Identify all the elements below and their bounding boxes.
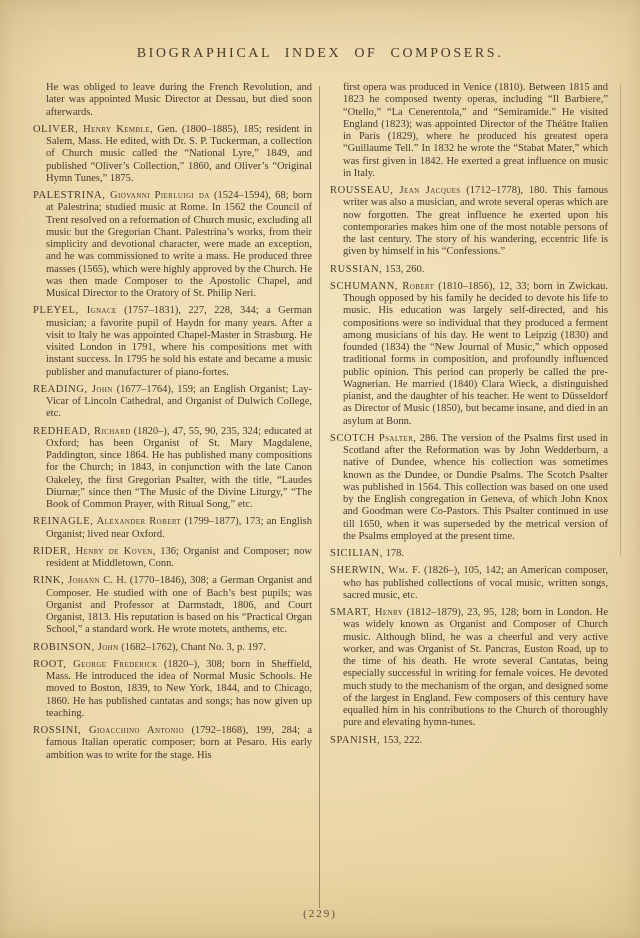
entry-surname: REINAGLE, bbox=[33, 516, 94, 527]
index-entry: SCHUMANN, Robert (1810–1856), 12, 33; bo… bbox=[330, 281, 608, 428]
entry-text: 153, 260. bbox=[382, 264, 424, 275]
entry-given-names: Wm. F. bbox=[385, 565, 421, 576]
scanned-book-page: { "page": { "header_title": "BIOGRAPHICA… bbox=[0, 0, 640, 938]
entry-given-names: Henry bbox=[371, 607, 403, 618]
entry-given-names: Gioacchino Antonio bbox=[81, 725, 184, 736]
index-entry: REINAGLE, Alexander Robert (1799–1877), … bbox=[33, 516, 312, 541]
entry-given-names: Richard bbox=[91, 426, 131, 437]
index-entry: ROOT, George Frederick (1820–), 308; bor… bbox=[33, 659, 312, 720]
text-columns: He was obliged to leave during the Frenc… bbox=[33, 82, 608, 910]
entry-surname: SHERWIN, bbox=[330, 565, 385, 576]
entry-text: (1810–1856), 12, 33; born in Zwickau. Th… bbox=[343, 281, 608, 427]
index-entry: READING, John (1677–1764), 159; an Engli… bbox=[33, 384, 312, 421]
left-column: He was obliged to leave during the Frenc… bbox=[33, 82, 312, 910]
entry-surname: ROSSINI, bbox=[33, 725, 81, 736]
entry-given-names: Henry de Koven, bbox=[71, 546, 156, 557]
entry-given-names: Johann bbox=[64, 575, 100, 586]
page-edge-crease bbox=[620, 84, 621, 556]
right-column: first opera was produced in Venice (1810… bbox=[330, 82, 608, 910]
column-divider-rule bbox=[319, 86, 320, 908]
entry-given-names: Psalter, bbox=[375, 433, 416, 444]
page-number: (229) bbox=[0, 908, 640, 920]
index-entry: SICILIAN, 178. bbox=[330, 548, 608, 560]
entry-surname: REDHEAD, bbox=[33, 426, 91, 437]
entry-surname: SCOTCH bbox=[330, 433, 375, 444]
index-entry: SPANISH, 153, 222. bbox=[330, 735, 608, 747]
entry-surname: RIDER, bbox=[33, 546, 71, 557]
entry-text: first opera was produced in Venice (1810… bbox=[343, 82, 608, 179]
index-entry: SCOTCH Psalter, 286. The version of the … bbox=[330, 433, 608, 543]
entry-text: (1812–1879), 23, 95, 128; born in London… bbox=[343, 607, 608, 728]
entry-given-names: John bbox=[88, 384, 113, 395]
entry-text: 153, 222. bbox=[380, 735, 422, 746]
index-entry: OLIVER, Henry Kemble, Gen. (1800–1885), … bbox=[33, 124, 312, 185]
entry-text: 286. The version of the Psalms first use… bbox=[343, 433, 608, 542]
entry-given-names: Giovanni Pierluigi da bbox=[105, 190, 209, 201]
entry-surname: SCHUMANN, bbox=[330, 281, 398, 292]
entry-text: (1820–), 47, 55, 90, 235, 324; educated … bbox=[46, 426, 312, 511]
entry-surname: RINK, bbox=[33, 575, 64, 586]
entry-surname: SICILIAN, bbox=[330, 548, 383, 559]
index-entry: PALESTRINA, Giovanni Pierluigi da (1524–… bbox=[33, 190, 312, 300]
index-entry: ROUSSEAU, Jean Jacques (1712–1778), 180.… bbox=[330, 185, 608, 259]
entry-surname: READING, bbox=[33, 384, 88, 395]
index-entry: RINK, Johann C. H. (1770–1846), 308; a G… bbox=[33, 575, 312, 636]
entry-surname: SPANISH, bbox=[330, 735, 380, 746]
entry-surname: ROOT, bbox=[33, 659, 66, 670]
entry-surname: ROBINSON, bbox=[33, 642, 95, 653]
entry-text: (1524–1594), 68; born at Palestrina; stu… bbox=[46, 190, 312, 299]
entry-given-names: Robert bbox=[398, 281, 434, 292]
entry-given-names: Ignace bbox=[79, 305, 117, 316]
page-title: BIOGRAPHICAL INDEX OF COMPOSERS. bbox=[0, 46, 640, 62]
entry-surname: ROUSSEAU, bbox=[330, 185, 393, 196]
index-entry: ROSSINI, Gioacchino Antonio (1792–1868),… bbox=[33, 725, 312, 762]
index-entry: RIDER, Henry de Koven, 136; Organist and… bbox=[33, 546, 312, 571]
index-entry: REDHEAD, Richard (1820–), 47, 55, 90, 23… bbox=[33, 426, 312, 512]
entry-surname: SMART, bbox=[330, 607, 371, 618]
index-entry: He was obliged to leave during the Frenc… bbox=[33, 82, 312, 119]
entry-text: He was obliged to leave during the Frenc… bbox=[46, 82, 312, 118]
entry-surname: PLEYEL, bbox=[33, 305, 79, 316]
entry-text: (1682–1762), Chant No. 3, p. 197. bbox=[119, 642, 266, 653]
entry-given-names: George Frederick bbox=[66, 659, 157, 670]
entry-given-names: Alexander Robert bbox=[94, 516, 182, 527]
entry-surname: PALESTRINA, bbox=[33, 190, 105, 201]
entry-surname: OLIVER, bbox=[33, 124, 78, 135]
entry-given-names: John bbox=[95, 642, 119, 653]
entry-surname: RUSSIAN, bbox=[330, 264, 382, 275]
index-entry: PLEYEL, Ignace (1757–1831), 227, 228, 34… bbox=[33, 305, 312, 379]
index-entry: SMART, Henry (1812–1879), 23, 95, 128; b… bbox=[330, 607, 608, 730]
entry-text: 178. bbox=[383, 548, 404, 559]
index-entry: ROBINSON, John (1682–1762), Chant No. 3,… bbox=[33, 642, 312, 654]
index-entry: RUSSIAN, 153, 260. bbox=[330, 264, 608, 276]
entry-given-names: Henry Kemble, bbox=[78, 124, 153, 135]
entry-given-names: Jean Jacques bbox=[393, 185, 460, 196]
index-entry: first opera was produced in Venice (1810… bbox=[330, 82, 608, 180]
index-entry: SHERWIN, Wm. F. (1826–), 105, 142; an Am… bbox=[330, 565, 608, 602]
